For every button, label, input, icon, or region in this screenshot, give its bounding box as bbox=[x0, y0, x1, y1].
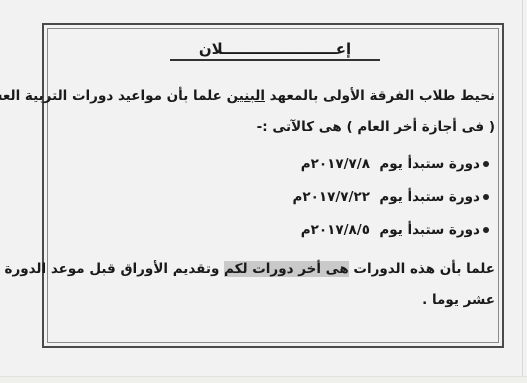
note-line-1: علما بأن هذه الدورات هى أخر دورات لكم وت… bbox=[0, 261, 495, 277]
schedule-date: ٢٠١٧/٧/٨م bbox=[301, 156, 370, 172]
note-highlighted-text: هى أخر دورات لكم bbox=[224, 261, 349, 277]
schedule-item-1: دورة ستبدأ يوم ٢٠١٧/٧/٨م bbox=[301, 156, 489, 172]
schedule-date: ٢٠١٧/٨/٥م bbox=[301, 222, 370, 238]
intro-text-a: نحيط طلاب الفرقة الأولى بالمعهد bbox=[265, 88, 495, 104]
schedule-label: دورة ستبدأ يوم bbox=[379, 156, 480, 172]
bullet-icon bbox=[483, 227, 489, 233]
note-line-2: عشر يوما . bbox=[422, 292, 495, 308]
note-text-b: وتقديم الأوراق قبل موعد الدورة بخمسة bbox=[0, 261, 224, 277]
intro-underlined-word: البنين bbox=[227, 88, 265, 104]
intro-line-2: ( فى أجازة أخر العام ) هى كالآتى :- bbox=[257, 119, 495, 135]
announcement-title: إعــــــــــــــــــــــلان bbox=[170, 40, 380, 61]
schedule-date: ٢٠١٧/٧/٢٢م bbox=[293, 189, 370, 205]
bullet-icon bbox=[483, 194, 489, 200]
scan-bottom-strip bbox=[0, 376, 527, 383]
note-text-a: علما بأن هذه الدورات bbox=[349, 261, 495, 277]
schedule-item-3: دورة ستبدأ يوم ٢٠١٧/٨/٥م bbox=[301, 222, 489, 238]
schedule-item-2: دورة ستبدأ يوم ٢٠١٧/٧/٢٢م bbox=[293, 189, 489, 205]
intro-line-1: نحيط طلاب الفرقة الأولى بالمعهد البنين ع… bbox=[0, 88, 495, 104]
schedule-label: دورة ستبدأ يوم bbox=[379, 222, 480, 238]
bullet-icon bbox=[483, 161, 489, 167]
schedule-label: دورة ستبدأ يوم bbox=[379, 189, 480, 205]
intro-text-b: علما بأن مواعيد دورات التربية العسكرية bbox=[0, 88, 227, 104]
